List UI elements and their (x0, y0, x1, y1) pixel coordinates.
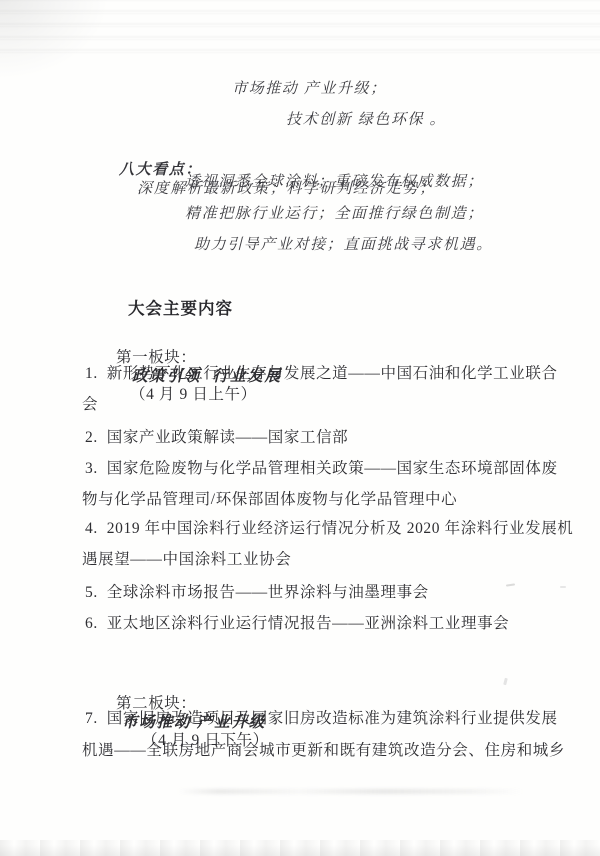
intro-line-1: 市场推动 产业升级； (232, 81, 387, 98)
scan-noise-bottom (0, 840, 600, 856)
scan-noise-top (0, 0, 600, 58)
scan-smudge-line (178, 789, 523, 794)
agenda-item-1-line-2: 会 (82, 396, 98, 414)
scan-speck (503, 678, 508, 686)
agenda-item-7-line-1: 7. 国家旧房改造项目及国家旧房改造标准为建筑涂料行业提供发展 (85, 710, 558, 728)
scan-speck (560, 586, 566, 588)
scanned-document-page: 市场推动 产业升级； 技术创新 绿色环保 。 八大看点： 深度解析最新政策；科学… (0, 0, 600, 856)
agenda-item-3-line-1: 3. 国家危险废物与化学品管理相关政策——国家生态环境部固体废 (85, 460, 558, 478)
section-1-schedule: （4 月 9 日上午） (130, 386, 257, 404)
agenda-item-6: 6. 亚太地区涂料行业运行情况报告——亚洲涂料工业理事会 (85, 615, 509, 633)
agenda-item-5: 5. 全球涂料市场报告——世界涂料与油墨理事会 (85, 584, 429, 602)
agenda-item-7-line-2: 机遇——全联房地产商会城市更新和既有建筑改造分会、住房和城乡 (82, 742, 565, 760)
highlights-line-4: 助力引导产业对接；直面挑战寻求机遇。 (194, 237, 493, 254)
intro-line-2: 技术创新 绿色环保 。 (286, 112, 446, 129)
agenda-item-4-line-2: 遇展望——中国涂料工业协会 (82, 551, 291, 569)
scan-corner-shadow (0, 0, 110, 80)
agenda-item-4-line-1: 4. 2019 年中国涂料行业经济运行情况分析及 2020 年涂料行业发展机 (85, 520, 573, 538)
highlights-line-2: 透视洞悉全球涂料；重磅发布权威数据； (185, 174, 484, 191)
agenda-item-2: 2. 国家产业政策解读——国家工信部 (85, 429, 348, 447)
agenda-item-3-line-2: 物与化学品管理司/环保部固体废物与化学品管理中心 (82, 491, 457, 509)
agenda-item-1-line-1: 1. 新形势下化工行业生存与发展之道——中国石油和化学工业联合 (85, 365, 558, 383)
highlights-line-3: 精准把脉行业运行；全面推行绿色制造； (185, 206, 484, 223)
scan-speck (506, 583, 515, 586)
main-heading: 大会主要内容 (128, 300, 233, 319)
